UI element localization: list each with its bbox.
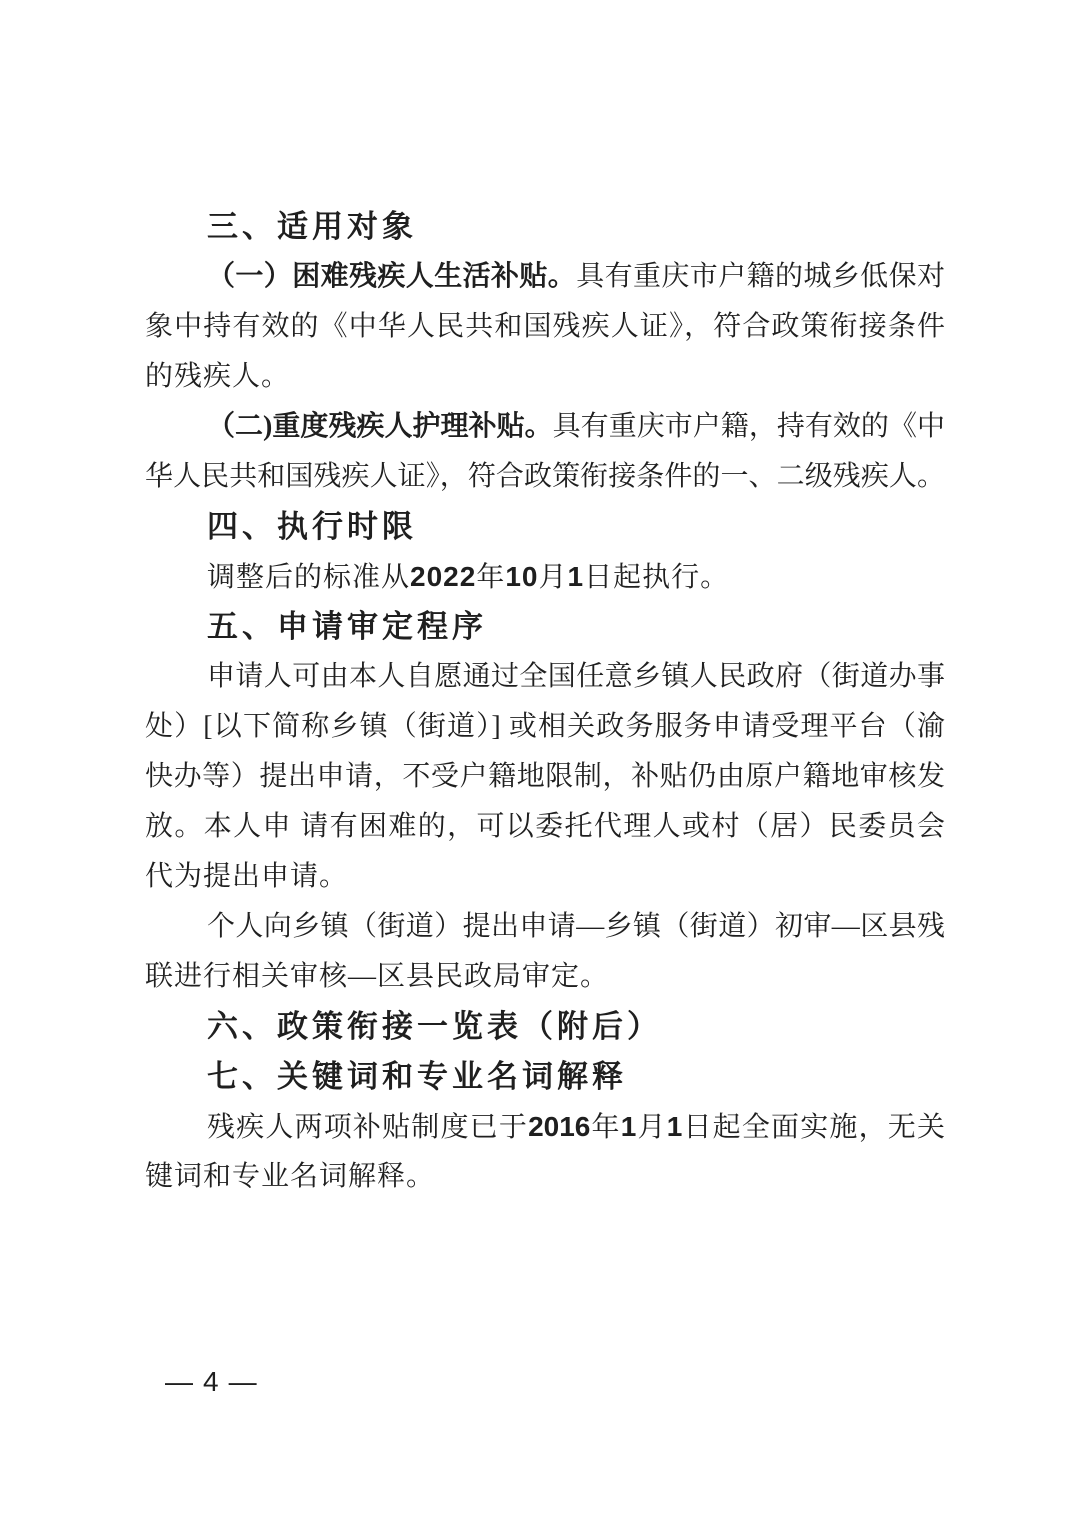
text-run: 调整后的标准从: [207, 562, 410, 593]
text-run: 代为提出申请。: [145, 861, 348, 892]
paragraph-lead: （二)重度残疾人护理补贴。: [207, 411, 553, 442]
section-heading: 七、关键词和专业名词解释: [145, 1052, 945, 1102]
text-run: 六、政策衔接一览表（附后）: [207, 1009, 662, 1044]
text-run: 具有重庆市户籍，持有效的《中: [553, 411, 945, 442]
text-run: 年: [590, 1112, 620, 1143]
numeral: 1: [667, 1111, 683, 1142]
text-run: 快办等）提出申请，不受户籍地限制，补贴仍由原户籍地审核发: [145, 761, 945, 792]
section-heading: 五、申请审定程序: [145, 602, 945, 652]
numeral: 1: [621, 1111, 637, 1142]
text-run: 键词和专业名词解释。: [145, 1161, 435, 1192]
text-run: 残疾人两项补贴制度已于: [207, 1112, 528, 1143]
text-run: 放。本人申 请有困难的，可以委托代理人或村（居）民委员会: [145, 811, 945, 842]
document-line: 键词和专业名词解释。: [145, 1152, 945, 1202]
text-run: 日起全面实施，无关: [682, 1112, 945, 1143]
document-line: 残疾人两项补贴制度已于2016年1月1日起全面实施，无关: [145, 1102, 945, 1152]
numeral: 2016: [528, 1111, 590, 1142]
document-page: 三、适用对象（一）困难残疾人生活补贴。具有重庆市户籍的城乡低保对象中持有效的《中…: [0, 0, 1074, 1520]
document-line: （二)重度残疾人护理补贴。具有重庆市户籍，持有效的《中: [145, 402, 945, 452]
text-run: 月: [636, 1112, 666, 1143]
document-line: （一）困难残疾人生活补贴。具有重庆市户籍的城乡低保对: [145, 252, 945, 302]
text-run: 月: [538, 562, 567, 593]
text-run: 联进行相关审核—区县民政局审定。: [145, 961, 609, 992]
page-footer: —4—: [165, 1362, 257, 1402]
section-heading: 三、适用对象: [145, 202, 945, 252]
document-body: 三、适用对象（一）困难残疾人生活补贴。具有重庆市户籍的城乡低保对象中持有效的《中…: [145, 202, 945, 1202]
document-line: 联进行相关审核—区县民政局审定。: [145, 952, 945, 1002]
page-number: 4: [203, 1366, 219, 1397]
text-run: 申请人可由本人自愿通过全国任意乡镇人民政府（街道办事: [207, 661, 945, 692]
numeral: 2022: [410, 561, 476, 592]
text-run: 日起执行。: [584, 562, 729, 593]
document-line: 象中持有效的《中华人民共和国残疾人证》，符合政策衔接条件: [145, 302, 945, 352]
document-line: 放。本人申 请有困难的，可以委托代理人或村（居）民委员会: [145, 802, 945, 852]
text-run: 象中持有效的《中华人民共和国残疾人证》，符合政策衔接条件: [145, 311, 945, 342]
document-line: 个人向乡镇（街道）提出申请—乡镇（街道）初审—区县残: [145, 902, 945, 952]
numeral: 1: [568, 561, 585, 592]
text-run: 七、关键词和专业名词解释: [207, 1059, 627, 1094]
document-line: 处）[以下简称乡镇（街道）] 或相关政务服务申请受理平台（渝: [145, 702, 945, 752]
section-heading: 四、执行时限: [145, 502, 945, 552]
text-run: 三、适用对象: [207, 209, 417, 244]
footer-dash-left: —: [165, 1366, 193, 1397]
document-line: 代为提出申请。: [145, 852, 945, 902]
footer-dash-right: —: [229, 1366, 257, 1397]
document-line: 的残疾人。: [145, 352, 945, 402]
paragraph-lead: （一）困难残疾人生活补贴。: [207, 261, 576, 292]
document-line: 调整后的标准从2022年10月1日起执行。: [145, 552, 945, 602]
text-run: 的残疾人。: [145, 361, 290, 392]
text-run: 五、申请审定程序: [207, 609, 487, 644]
text-run: 年: [476, 562, 505, 593]
document-line: 申请人可由本人自愿通过全国任意乡镇人民政府（街道办事: [145, 652, 945, 702]
text-run: 具有重庆市户籍的城乡低保对: [576, 261, 945, 292]
text-run: 华人民共和国残疾人证》，符合政策衔接条件的一、二级残疾人。: [145, 461, 945, 492]
section-heading: 六、政策衔接一览表（附后）: [145, 1002, 945, 1052]
text-run: 四、执行时限: [207, 509, 417, 544]
document-line: 华人民共和国残疾人证》，符合政策衔接条件的一、二级残疾人。: [145, 452, 945, 502]
text-run: 个人向乡镇（街道）提出申请—乡镇（街道）初审—区县残: [207, 911, 945, 942]
numeral: 10: [505, 561, 538, 592]
document-line: 快办等）提出申请，不受户籍地限制，补贴仍由原户籍地审核发: [145, 752, 945, 802]
text-run: 处）[以下简称乡镇（街道）] 或相关政务服务申请受理平台（渝: [145, 711, 945, 742]
